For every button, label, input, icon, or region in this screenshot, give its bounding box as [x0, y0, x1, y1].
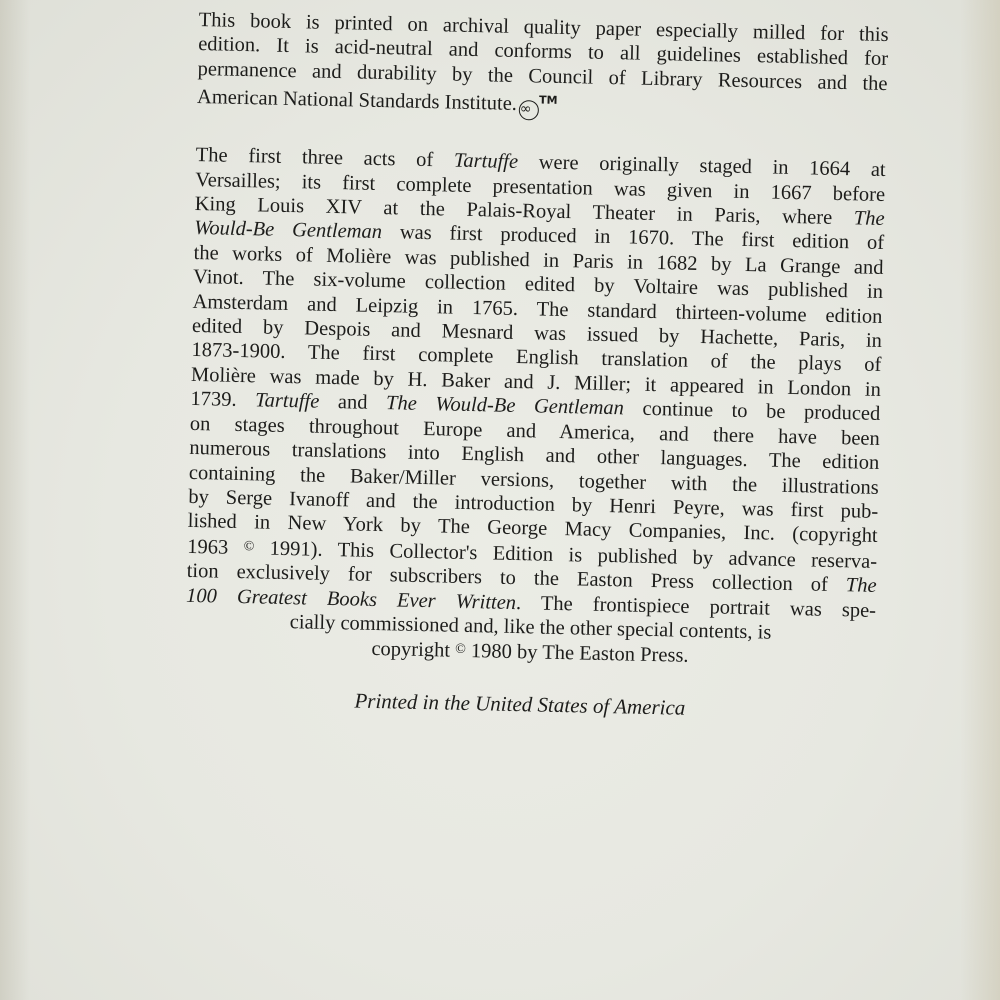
work-title: The [846, 574, 877, 597]
work-title: The [854, 207, 885, 230]
text-fragment: 1739. [190, 388, 255, 411]
infinity-symbol-icon: ∞ [519, 100, 539, 120]
text-fragment: 1963 [187, 536, 244, 559]
text-fragment: 1980 by The Easton Press. [466, 640, 689, 667]
text-fragment: American National Standards Institute. [197, 86, 517, 115]
copyright-symbol: © [244, 539, 255, 554]
page-edge-shadow [960, 0, 1000, 1000]
printed-in-notice: Printed in the United States of America [184, 685, 874, 724]
text-fragment: and [319, 391, 386, 414]
paper-quality-notice: This book is printed on archival quality… [197, 8, 889, 128]
text-fragment: copyright [371, 638, 455, 662]
book-page: This book is printed on archival quality… [0, 0, 1000, 1000]
text-fragment: continue to be produced [624, 398, 881, 426]
page-gutter-shadow [0, 0, 30, 1000]
publication-history: The first three acts of Tartuffe were or… [185, 143, 886, 672]
work-title: Would-Be Gentleman [194, 217, 382, 243]
text-fragment: The first three acts of [196, 144, 455, 172]
copyright-symbol: © [455, 642, 466, 657]
work-title: The Would-Be Gentleman [386, 392, 624, 419]
trademark-symbol: TM [539, 94, 558, 107]
work-title: Tartuffe [454, 150, 519, 173]
copyright-page-text: This book is printed on archival quality… [184, 8, 889, 724]
work-title: Tartuffe [255, 390, 320, 413]
